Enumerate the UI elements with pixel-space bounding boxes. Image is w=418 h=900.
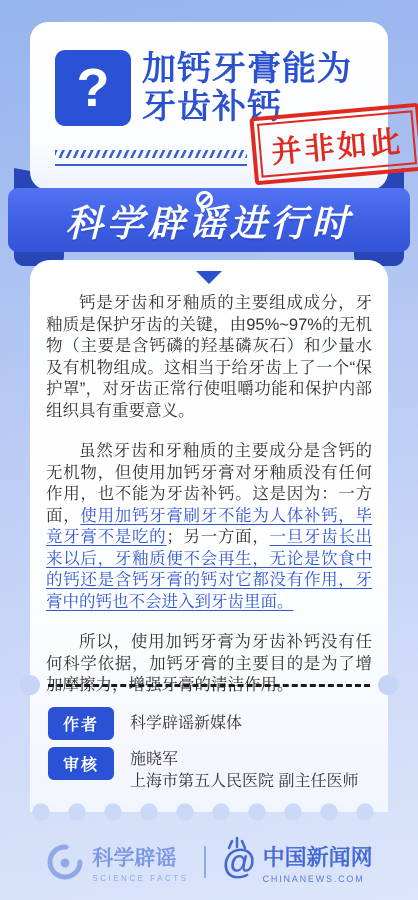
at-icon-rays — [226, 836, 248, 850]
author-badge: 作者 — [48, 707, 114, 740]
reviewer-name: 施晓军 — [130, 749, 358, 771]
paragraph-2: 虽然牙齿和牙釉质的主要成分是含钙的无机物，但使用加钙牙膏对牙釉质没有任何作用，也… — [46, 441, 372, 613]
hatch-line-decoration — [55, 150, 247, 158]
article-body: 钙是牙齿和牙釉质的主要组成成分，牙釉质是保护牙齿的关键，由95%~97%的无机物… — [46, 293, 372, 697]
science-facts-logo: 科学辟谣 SCIENCE FACTS — [45, 842, 188, 883]
chinanews-logo-text: 中国新闻网 CHINANEWS.COM — [263, 841, 373, 884]
question-glyph: ? — [77, 61, 110, 115]
at-icon: @ — [222, 845, 255, 879]
chinanews-logo-name: 中国新闻网 — [263, 841, 373, 872]
poster-title-line1: 加钙牙膏能为 — [142, 50, 352, 88]
footer-logos: 科学辟谣 SCIENCE FACTS @ 中国新闻网 CHINANEWS.COM — [0, 832, 418, 892]
content-card: 钙是牙齿和牙釉质的主要组成成分，牙釉质是保护牙齿的关键，由95%~97%的无机物… — [30, 260, 388, 812]
reviewer-value: 施晓军 上海市第五人民医院 副主任医师 — [130, 747, 358, 793]
science-debunk-poster: ? 加钙牙膏能为 牙齿补钙 并非如此 科学辟谣进行时 钙是牙齿和牙釉质的主要组成… — [0, 0, 418, 900]
science-logo-text: 科学辟谣 SCIENCE FACTS — [92, 842, 188, 883]
ticket-notch-left — [20, 675, 40, 695]
down-triangle-icon — [196, 271, 222, 284]
paragraph-1: 钙是牙齿和牙釉质的主要组成成分，牙釉质是保护牙齿的关键，由95%~97%的无机物… — [46, 293, 372, 422]
spiral-icon — [45, 842, 85, 882]
underline-rule-decoration — [55, 164, 247, 166]
paragraph-2-text-mid: ；另一方面， — [166, 528, 269, 546]
verdict-stamp-text: 并非如此 — [257, 110, 417, 177]
reviewer-title: 上海市第五人民医院 副主任医师 — [130, 771, 358, 793]
chinanews-logo: @ 中国新闻网 CHINANEWS.COM — [222, 841, 372, 884]
logo-divider — [204, 846, 206, 878]
verdict-stamp: 并非如此 — [249, 103, 418, 186]
reviewer-row: 审核 施晓军 上海市第五人民医院 副主任医师 — [48, 747, 374, 793]
ticket-notch-right — [378, 675, 398, 695]
science-logo-subtitle: SCIENCE FACTS — [92, 874, 188, 883]
dashed-separator — [48, 684, 370, 687]
prohibition-icon — [196, 191, 213, 208]
chinanews-logo-subtitle: CHINANEWS.COM — [263, 874, 373, 884]
scalloped-edge-decoration — [32, 803, 386, 821]
author-value: 科学辟谣新媒体 — [130, 713, 242, 735]
science-logo-name: 科学辟谣 — [92, 842, 188, 872]
section-banner: 科学辟谣进行时 — [8, 188, 410, 252]
reviewer-badge: 审核 — [48, 747, 114, 780]
author-row: 作者 科学辟谣新媒体 — [48, 707, 374, 740]
question-mark-icon: ? — [55, 50, 131, 126]
